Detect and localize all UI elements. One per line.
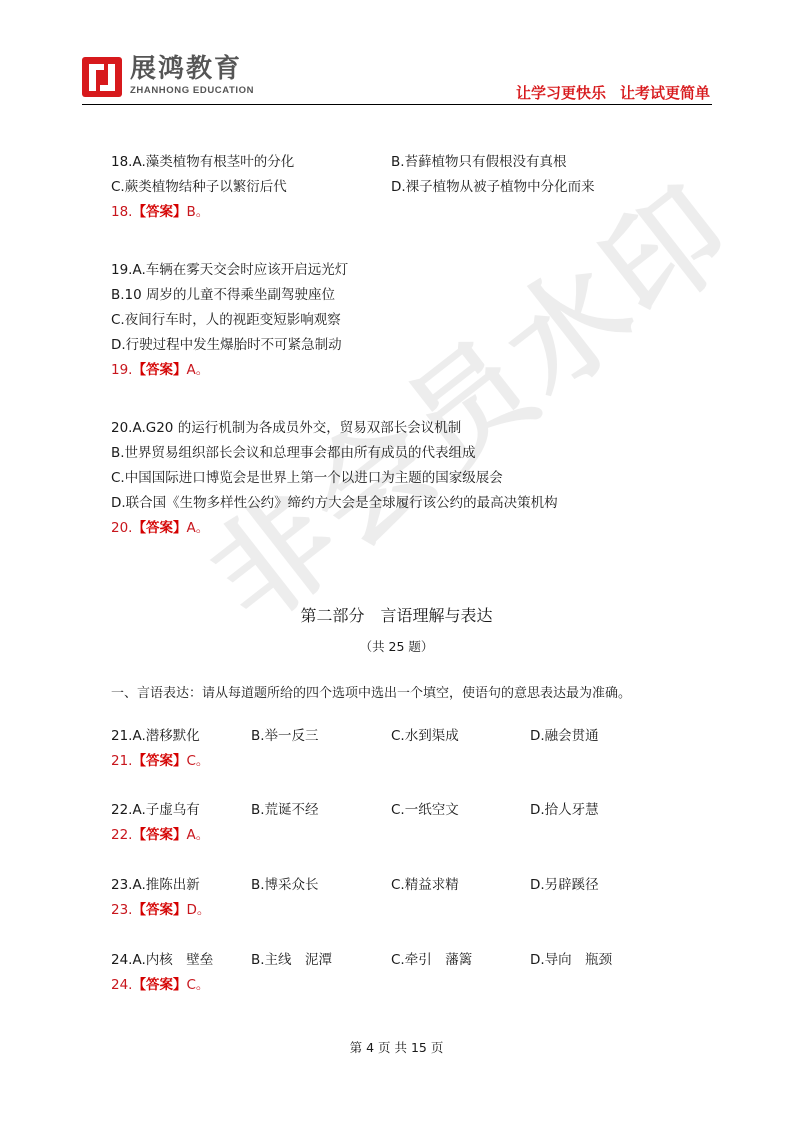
answer-value: B。: [186, 204, 209, 220]
answer-label: 【答案】: [132, 902, 186, 918]
page-header: 展鸿教育 ZHANHONG EDUCATION 让学习更快乐让考试更简单: [82, 54, 712, 104]
answer-label: 【答案】: [132, 204, 186, 220]
q23-option-a: 23.A.推陈出新: [111, 876, 200, 894]
answer-label: 【答案】: [132, 520, 186, 536]
logo-english-name: ZHANHONG EDUCATION: [130, 85, 254, 96]
q22-option-a: 22.A.子虚乌有: [111, 801, 200, 819]
q23-answer: 23.【答案】D。: [111, 901, 210, 919]
q21-option-b: B.举一反三: [251, 727, 319, 745]
answer-number: 24.: [111, 977, 132, 993]
answer-value: A。: [186, 827, 209, 843]
q24-option-d: D.导向 瓶颈: [530, 951, 612, 969]
logo-icon: [82, 57, 122, 97]
q18-option-c: C.蕨类植物结种子以繁衍后代: [111, 178, 287, 196]
q19-option-b: B.10 周岁的儿童不得乘坐副驾驶座位: [111, 286, 335, 304]
q24-answer: 24.【答案】C。: [111, 976, 209, 994]
header-slogan: 让学习更快乐让考试更简单: [516, 82, 710, 103]
q23-option-d: D.另辟蹊径: [530, 876, 599, 894]
q18-option-d: D.裸子植物从被子植物中分化而来: [391, 178, 595, 196]
section-title: 第二部分 言语理解与表达: [0, 603, 793, 626]
q24-option-a: 24.A.内核 壁垒: [111, 951, 213, 969]
answer-label: 【答案】: [132, 977, 186, 993]
section-subtitle: （共 25 题）: [0, 637, 793, 655]
q24-option-b: B.主线 泥潭: [251, 951, 332, 969]
q19-option-d: D.行驶过程中发生爆胎时不可紧急制动: [111, 336, 342, 354]
answer-number: 19.: [111, 362, 132, 378]
watermark: 非会员水印: [170, 138, 763, 654]
slogan-1: 让学习更快乐: [516, 84, 606, 102]
q18-option-b: B.苔藓植物只有假根没有真根: [391, 153, 567, 171]
q22-option-b: B.荒诞不经: [251, 801, 319, 819]
q21-option-a: 21.A.潜移默化: [111, 727, 200, 745]
answer-value: A。: [186, 362, 209, 378]
q21-option-c: C.水到渠成: [391, 727, 459, 745]
q18-answer: 18.【答案】B。: [111, 203, 209, 221]
answer-number: 23.: [111, 902, 132, 918]
answer-label: 【答案】: [132, 362, 186, 378]
q22-answer: 22.【答案】A。: [111, 826, 209, 844]
answer-value: C。: [186, 977, 209, 993]
header-divider: [82, 104, 712, 105]
q22-option-c: C.一纸空文: [391, 801, 459, 819]
section-instruction: 一、言语表达：请从每道题所给的四个选项中选出一个填空，使语句的意思表达最为准确。: [111, 682, 631, 701]
q23-option-b: B.博采众长: [251, 876, 319, 894]
page-number: 第 4 页 共 15 页: [0, 1038, 793, 1056]
answer-label: 【答案】: [132, 827, 186, 843]
answer-value: A。: [186, 520, 209, 536]
q21-answer: 21.【答案】C。: [111, 752, 209, 770]
q20-answer: 20.【答案】A。: [111, 519, 209, 537]
answer-number: 22.: [111, 827, 132, 843]
q20-option-a: 20.A.G20 的运行机制为各成员外交，贸易双部长会议机制: [111, 419, 461, 437]
answer-value: D。: [186, 902, 210, 918]
answer-number: 20.: [111, 520, 132, 536]
q20-option-d: D.联合国《生物多样性公约》缔约方大会是全球履行该公约的最高决策机构: [111, 494, 558, 512]
q21-option-d: D.融会贯通: [530, 727, 599, 745]
logo-chinese-name: 展鸿教育: [130, 54, 242, 84]
q18-option-a: 18.A.藻类植物有根茎叶的分化: [111, 153, 294, 171]
slogan-2: 让考试更简单: [620, 84, 710, 102]
q22-option-d: D.拾人牙慧: [530, 801, 599, 819]
q24-option-c: C.牵引 藩篱: [391, 951, 472, 969]
q19-option-a: 19.A.车辆在雾天交会时应该开启远光灯: [111, 261, 348, 279]
q23-option-c: C.精益求精: [391, 876, 459, 894]
q20-option-b: B.世界贸易组织部长会议和总理事会都由所有成员的代表组成: [111, 444, 476, 462]
answer-number: 18.: [111, 204, 132, 220]
answer-label: 【答案】: [132, 753, 186, 769]
answer-number: 21.: [111, 753, 132, 769]
q19-option-c: C.夜间行车时，人的视距变短影响观察: [111, 311, 341, 329]
document-page: 非会员水印 展鸿教育 ZHANHONG EDUCATION 让学习更快乐让考试更…: [0, 0, 793, 1122]
q19-answer: 19.【答案】A。: [111, 361, 209, 379]
q20-option-c: C.中国国际进口博览会是世界上第一个以进口为主题的国家级展会: [111, 469, 503, 487]
answer-value: C。: [186, 753, 209, 769]
